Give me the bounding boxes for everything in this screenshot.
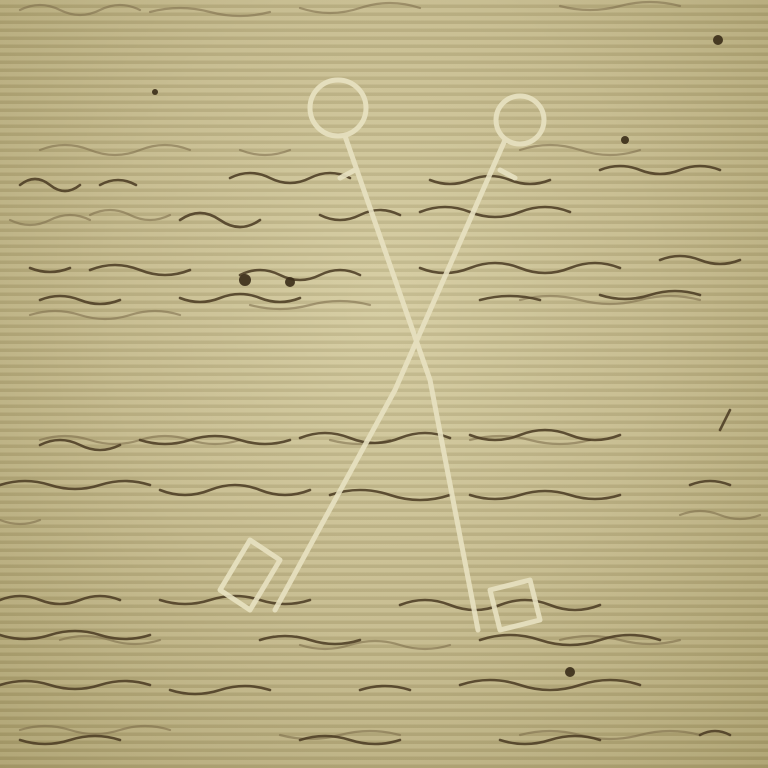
- crossed-keys-watermark: [220, 80, 544, 630]
- handwriting-layer: [0, 0, 768, 768]
- paper-photo: Watermarked antique laid paper with fade…: [0, 0, 768, 768]
